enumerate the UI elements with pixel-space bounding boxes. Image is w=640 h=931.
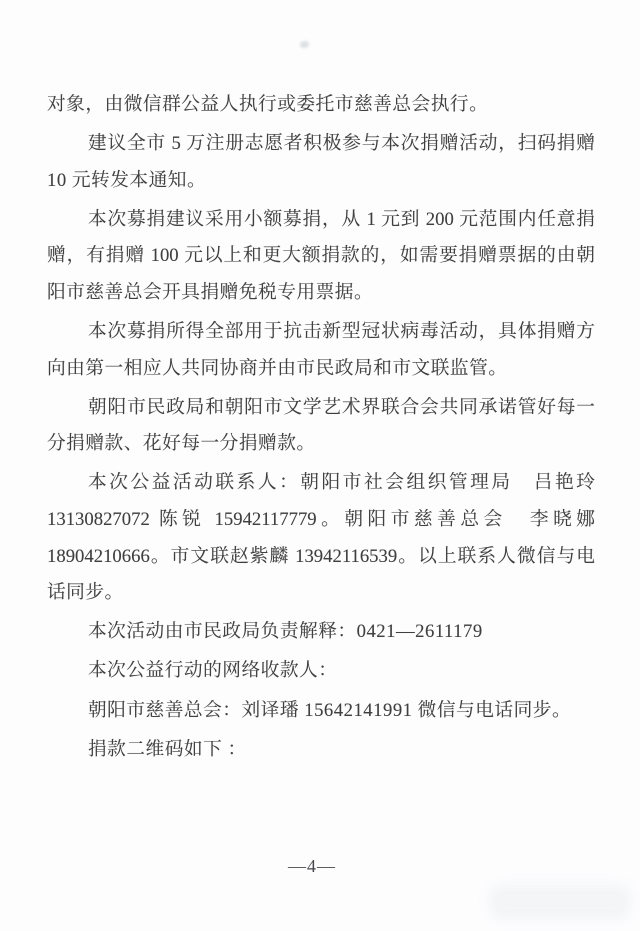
text-line: 朝阳市慈善总会：刘译璠 15642141991 微信与电话同步。 [47,693,595,730]
paragraph: 本次公益行动的网络收款人： [47,653,595,690]
paragraph: 朝阳市民政局和朝阳市文学艺术界联合会共同承诺管好每一分捐赠款、花好每一分捐赠款。 [47,390,595,463]
paragraph: 朝阳市慈善总会：刘译璠 15642141991 微信与电话同步。 [47,693,595,730]
text-line: 本次募捐建议采用小额募捐，从 1 元到 200 元范围内任意捐 [47,202,595,239]
paragraph: 本次公益活动联系人：朝阳市社会组织管理局 吕艳玲13130827072 陈锐 1… [47,465,595,611]
text-line: 18904210666。市文联赵紫麟 13942116539。以上联系人微信与电 [47,539,595,576]
text-line: 建议全市 5 万注册志愿者积极参与本次捐赠活动，扫码捐赠 [47,126,595,163]
paragraph: 捐款二维码如下 ： [47,732,595,769]
scan-artifact [300,41,309,48]
text-line: 赠，有捐赠 100 元以上和更大额捐款的，如需要捐赠票据的由朝 [47,238,595,275]
paragraph: 本次募捐所得全部用于抗击新型冠状病毒活动，具体捐赠方向由第一相应人共同协商并由市… [47,314,595,387]
text-line: 向由第一相应人共同协商并由市民政局和市文联监管。 [47,351,595,388]
text-line: 10 元转发本通知。 [47,163,595,200]
text-line: 阳市慈善总会开具捐赠免税专用票据。 [47,275,595,312]
text-line: 朝阳市民政局和朝阳市文学艺术界联合会共同承诺管好每一 [47,390,595,427]
text-line: 捐款二维码如下 ： [47,732,595,769]
text-line: 本次公益行动的网络收款人： [47,653,595,690]
paragraph: 建议全市 5 万注册志愿者积极参与本次捐赠活动，扫码捐赠10 元转发本通知。 [47,126,595,199]
document-body: 对象，由微信群公益人执行或委托市慈善总会执行。建议全市 5 万注册志愿者积极参与… [47,87,595,771]
text-line: 本次活动由市民政局负责解释：0421—2611179 [47,614,595,651]
paragraph: 本次活动由市民政局负责解释：0421—2611179 [47,614,595,651]
text-line: 对象，由微信群公益人执行或委托市慈善总会执行。 [47,87,595,124]
text-line: 话同步。 [47,575,595,612]
paragraph: 对象，由微信群公益人执行或委托市慈善总会执行。 [47,87,595,124]
text-line: 分捐赠款、花好每一分捐赠款。 [47,426,595,463]
paragraph: 本次募捐建议采用小额募捐，从 1 元到 200 元范围内任意捐赠，有捐赠 100… [47,202,595,312]
text-line: 本次募捐所得全部用于抗击新型冠状病毒活动，具体捐赠方 [47,314,595,351]
text-line: 13130827072 陈锐 15942117779。朝阳市慈善总会 李晓娜 [47,502,595,539]
page-number: —4— [0,855,624,877]
scan-artifact [490,885,630,919]
scanned-document-page: 对象，由微信群公益人执行或委托市慈善总会执行。建议全市 5 万注册志愿者积极参与… [0,0,640,931]
text-line: 本次公益活动联系人：朝阳市社会组织管理局 吕艳玲 [47,465,595,502]
